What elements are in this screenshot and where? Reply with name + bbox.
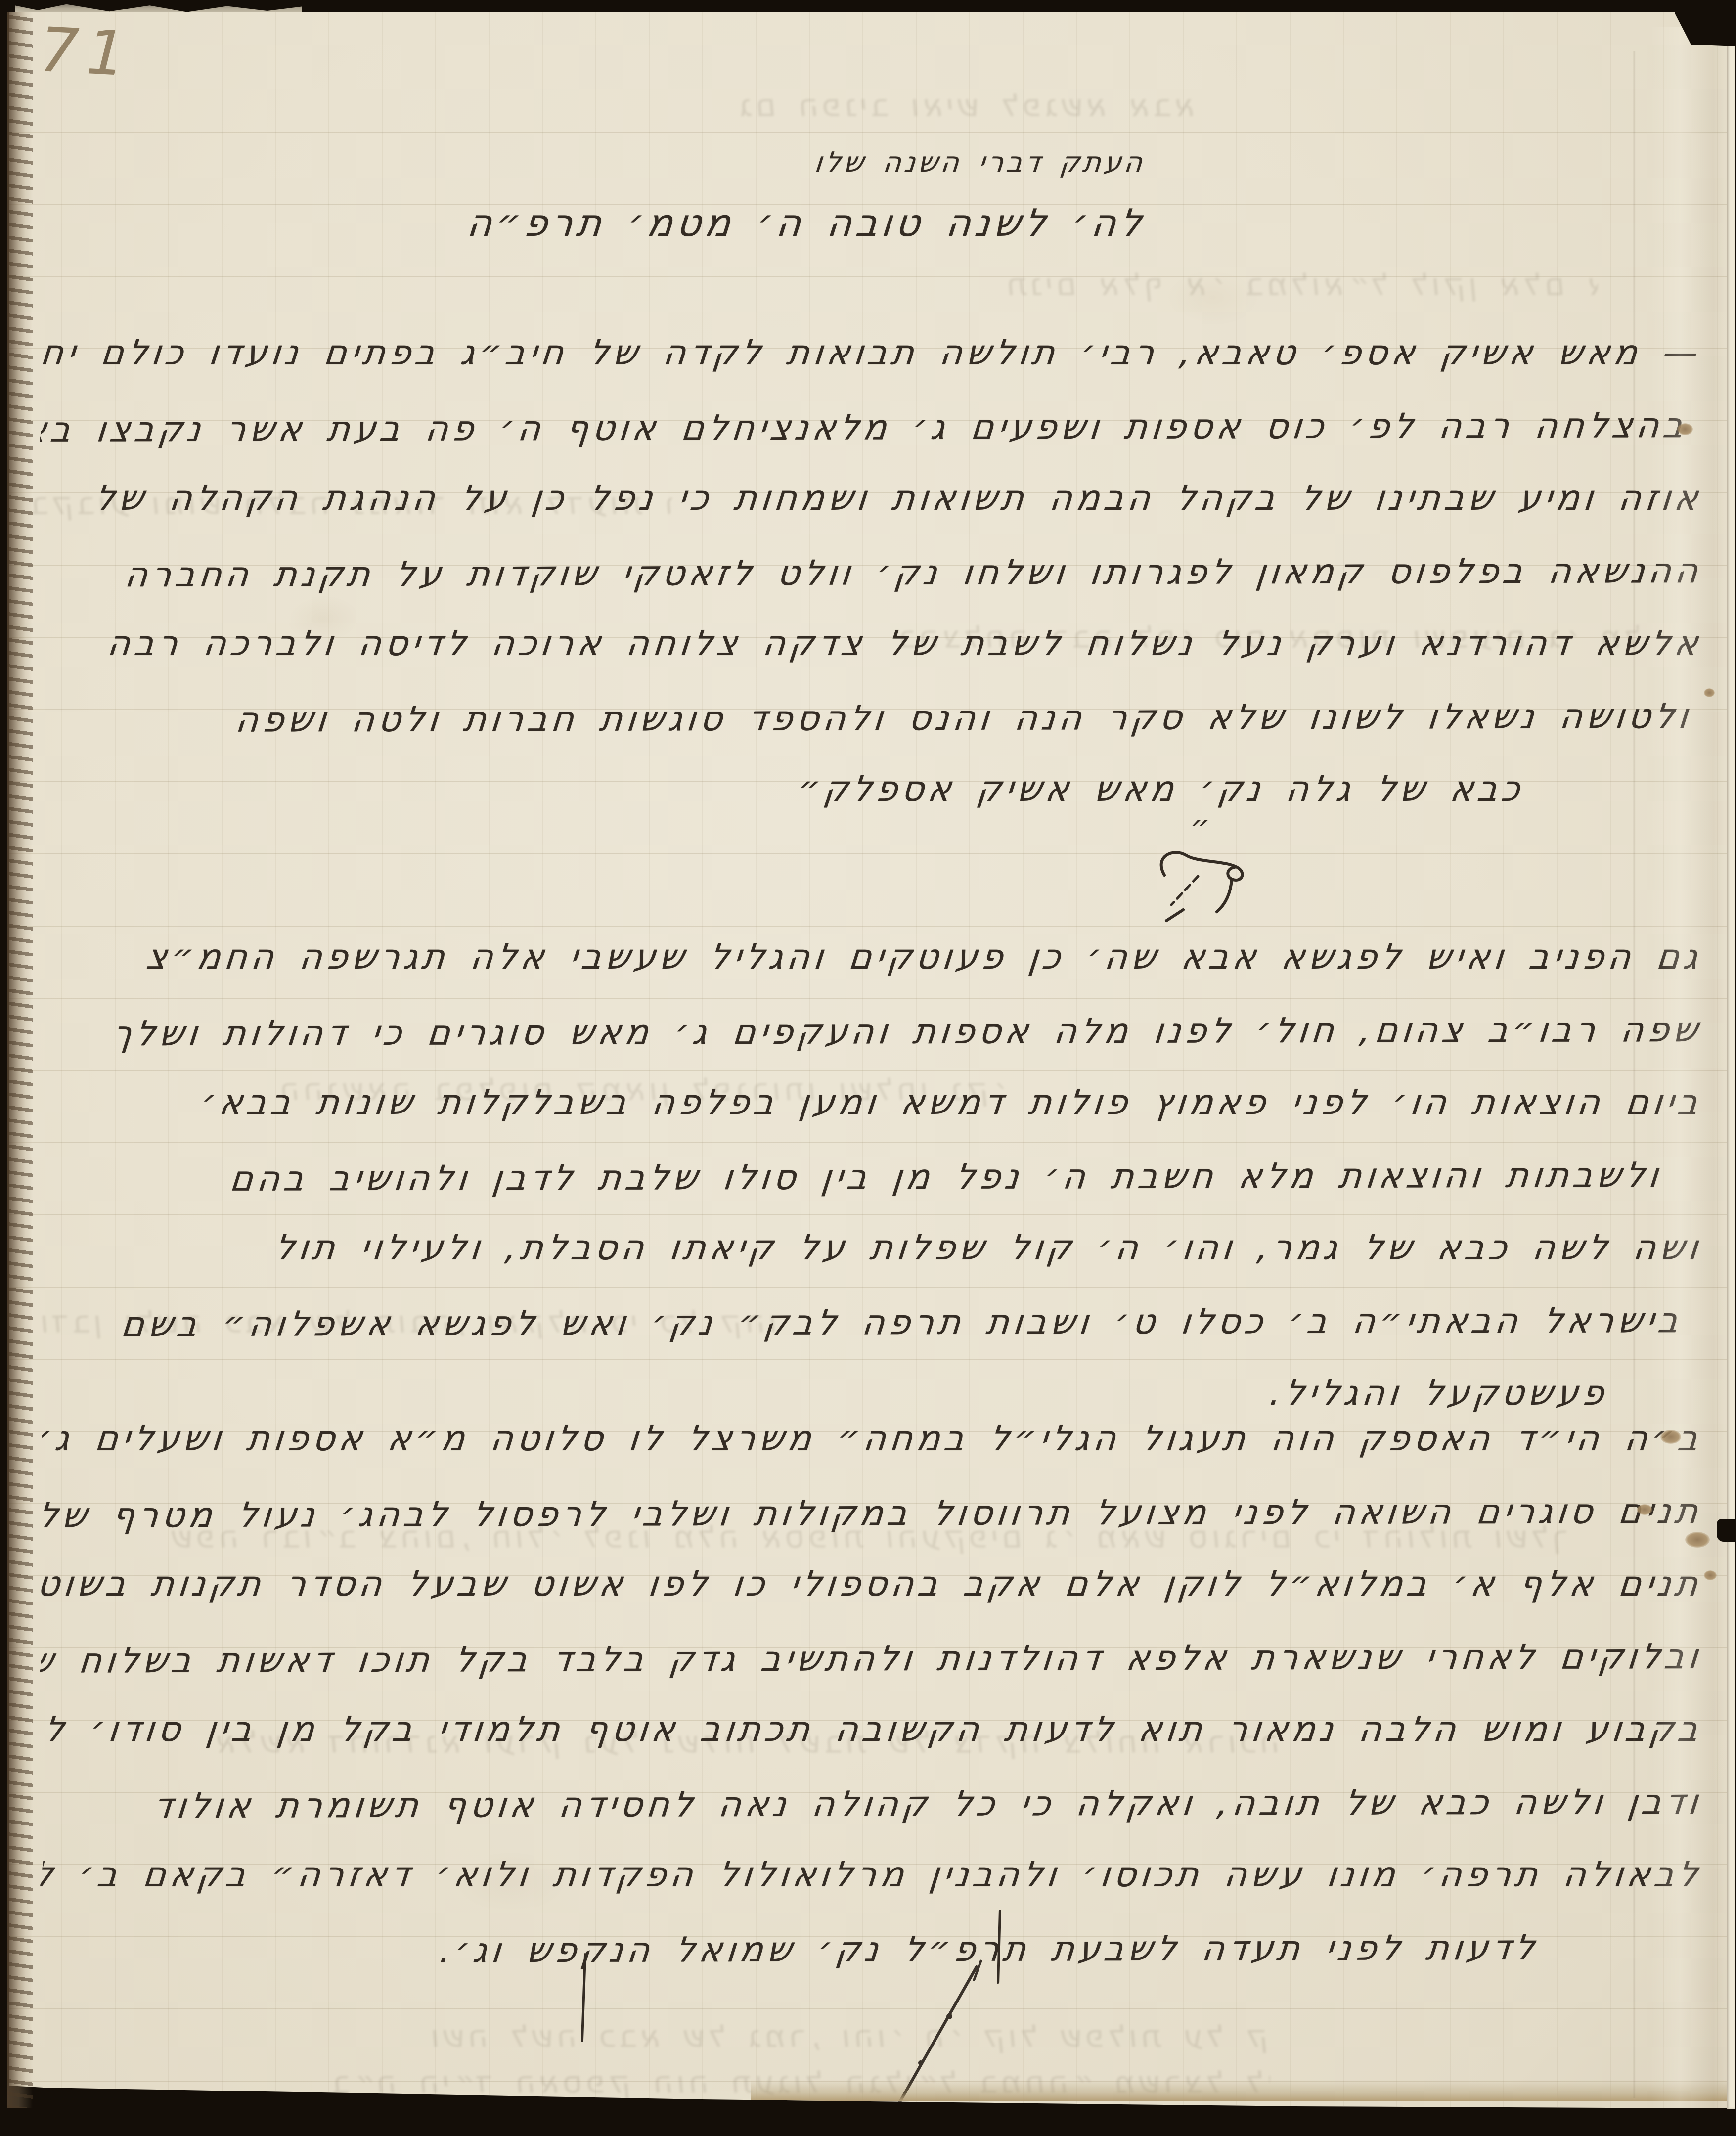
edge-speck <box>1677 423 1693 435</box>
header-line-2: לה׳ לשנה טובה ה׳ מטמ׳ תרפ״ה <box>465 201 1148 245</box>
manuscript-line: ושה לשה כבא של גמר, והו׳ ה׳ קול שפלות על… <box>37 1211 1706 1284</box>
manuscript-line: תנים אלף א׳ במלוא״ל לוקן אלם אקב בהספולי… <box>37 1548 1706 1620</box>
bottom-page-curl <box>751 2080 1727 2101</box>
manuscript-line: בקבוע ומוש הלבה נמאור תוא לדעות הקשובה ת… <box>37 1693 1706 1766</box>
manuscript-line: ובלוקים לאחרי שנשארת אלפא דהולדנות ולהתש… <box>37 1620 1706 1697</box>
right-page-sliver <box>1727 15 1735 2109</box>
manuscript-line: ולשבתות והוצאות מלא חשבת ה׳ נפל מן בין ס… <box>37 1139 1706 1216</box>
edge-speck <box>1685 1532 1710 1548</box>
edge-speck <box>1637 1504 1652 1515</box>
paragraph-1: — מאש אשיק אספ׳ טאבא, רבי׳ תולשה תבואות … <box>42 316 1702 825</box>
manuscript-line: שפה רבו״ב צהום, חול׳ לפנו מלה אספות והעק… <box>37 993 1706 1070</box>
edge-speck <box>1704 688 1715 697</box>
manuscript-line: גם הפניב ואיש לפגשא אבא שה׳ כן פעוטקים ו… <box>37 921 1706 993</box>
flourish-gershayim: ״ <box>1190 809 1210 845</box>
bleed-through-text: גם הפניב ואיש לפגשא אבא שה׳ כן פעוטקים ו… <box>735 76 1211 135</box>
manuscript-line: לבאולה תרפה׳ מונו עשה תכוסו׳ ולהבנין מרל… <box>37 1838 1706 1911</box>
bleed-through-text: תנים אלף א׳ במלוא״ל לוקן אלם אקב בהספולי… <box>1002 255 1602 314</box>
manuscript-line: תנים סוגרים השואה לפני מצועל תרווסול במק… <box>37 1475 1706 1552</box>
manuscript-line: ב״ה הי״ד האספק הוה תעגול הגלי״ל במחה״ מש… <box>37 1402 1706 1475</box>
manuscript-line: בהצלחה רבה לפ׳ כוס אספות ושפעים ג׳ מלאנצ… <box>37 389 1706 466</box>
vertical-crease <box>1633 51 1636 2098</box>
torn-left-edge <box>7 12 33 2108</box>
header-line-1: העתק דברי השנה שלו <box>813 146 1148 178</box>
edge-speck <box>1660 1430 1681 1444</box>
scan-background: { "document": { "page_number": "71", "sc… <box>0 0 1736 2136</box>
edge-notch <box>1717 1519 1736 1542</box>
manuscript-page: גם הפניב ואיש לפגשא אבא שה׳ כן פעוטקים ו… <box>9 12 1727 2110</box>
manuscript-line: — מאש אשיק אספ׳ טאבא, רבי׳ תולשה תבואות … <box>37 316 1706 389</box>
right-curl-highlight <box>1650 27 1725 2108</box>
manuscript-line: לדעות לפני תעדה לשבעת תרפ״ל נק׳ שמואל הנ… <box>37 1911 1706 1988</box>
page-number-pencil: 71 <box>38 14 135 90</box>
manuscript-line: כבא של גלה נק׳ מאש אשיק אספלק״ <box>37 753 1706 825</box>
manuscript-line: אוזה ומיע שבתינו של בקהל הבמה תשואות ושמ… <box>37 462 1706 534</box>
scanned-manuscript: גם הפניב ואיש לפגשא אבא שה׳ כן פעוטקים ו… <box>0 0 1736 2136</box>
manuscript-line: ביום הוצאות הו׳ לפני פאמוץ פולות דמשא ומ… <box>37 1066 1706 1139</box>
paragraph-3: ב״ה הי״ד האספק הוה תעגול הגלי״ל במחה״ מש… <box>42 1402 1702 1984</box>
divider-flourish-mark <box>1124 846 1247 933</box>
manuscript-line: ההנשאה בפלפוס קמאון לפגרותו ושלחו נק׳ וו… <box>37 534 1706 612</box>
manuscript-line: ודבן ולשה כבא של תובה, ואקלה כי כל קהולה… <box>37 1766 1706 1843</box>
manuscript-line: ולטושה נשאלו לשונו שלא סקר הנה והנס ולהס… <box>37 680 1706 757</box>
paragraph-2: גם הפניב ואיש לפגשא אבא שה׳ כן פעוטקים ו… <box>42 921 1702 1429</box>
edge-speck <box>1704 1570 1717 1580</box>
manuscript-line: בישראל הבאתי״ה ב׳ כסלו ט׳ ושבות תרפה לבק… <box>37 1284 1706 1361</box>
manuscript-line: אלשא דהורדנא וערק נעל נשלוח לשבת של צדקה… <box>37 607 1706 680</box>
